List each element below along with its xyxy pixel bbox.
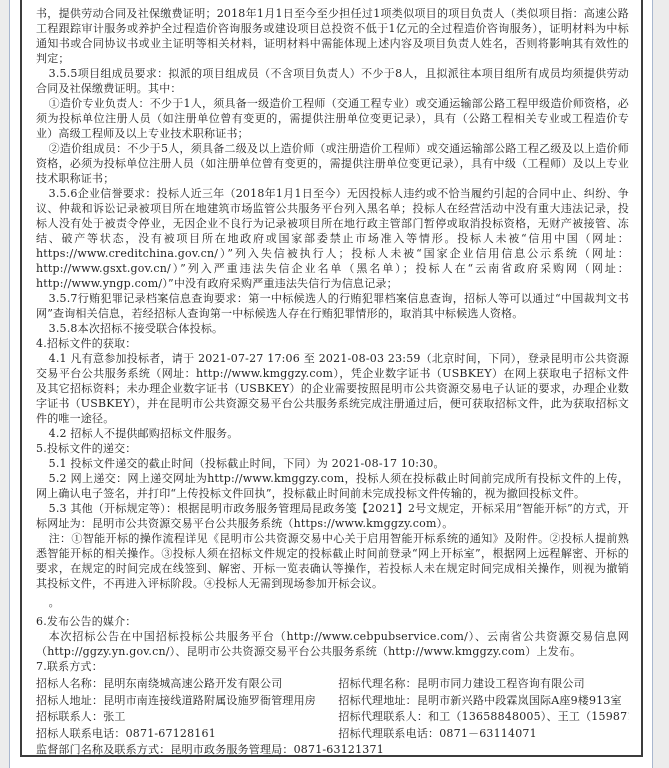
document-body: 书，提供劳动合同及社保缴费证明；2018年1月1日至今至少担任过1项类似项目的项… bbox=[36, 6, 629, 674]
paragraph: 5.投标文件的递交： bbox=[36, 441, 629, 456]
contact-line-left: 招标人名称：昆明东南绕城高速公路开发有限公司 bbox=[36, 676, 338, 693]
paragraph: ①造价专业负责人：不少于1人，须具备一级造价工程师（交通工程专业）或交通运输部公… bbox=[36, 96, 629, 141]
paragraph: 注：①智能开标的操作流程详见《昆明市公共资源交易中心关于启用智能开标系统的通知》… bbox=[36, 531, 629, 591]
paragraph: 3.5.8本次招标不接受联合体投标。 bbox=[36, 321, 629, 336]
paragraph: 3.5.7行贿犯罪记录档案信息查询要求：第一中标候选人的行贿犯罪档案信息查询，招… bbox=[36, 291, 629, 321]
paragraph: 书，提供劳动合同及社保缴费证明；2018年1月1日至今至少担任过1项类似项目的项… bbox=[36, 6, 629, 66]
paragraph: 4.2 招标人不提供邮购招标文件服务。 bbox=[36, 426, 629, 441]
paragraph: 本次招标公告在中国招标投标公共服务平台（http://www.cebpubser… bbox=[36, 629, 629, 659]
document-page: 书，提供劳动合同及社保缴费证明；2018年1月1日至今至少担任过1项类似项目的项… bbox=[9, 0, 653, 768]
contact-line-left: 招标人地址：昆明市南连接线道路附属设施罗衙管理用房 bbox=[36, 693, 338, 710]
supervision-line: 监督部门名称及联系方式：昆明市政务服务管理局：0871-63121371 bbox=[36, 742, 629, 757]
contact-line-right: 招标代理联系人：和工（13658848005）、王工（15987132440） bbox=[338, 709, 629, 726]
paragraph: 3.5.6企业信誉要求：投标人近三年（2018年1月1日至今）无因投标人违约或不… bbox=[36, 186, 629, 291]
contacts-grid: 招标人名称：昆明东南绕城高速公路开发有限公司招标代理名称：昆明市同力建设工程咨询… bbox=[36, 676, 629, 742]
contact-line-left: 招标联系人：张工 bbox=[36, 709, 338, 726]
paragraph: 5.2 网上递交：网上递交网址为http://www.kmggzy.com，投标… bbox=[36, 471, 629, 501]
paragraph: 4.招标文件的获取： bbox=[36, 336, 629, 351]
contact-line-right: 招标代理地址：昆明市新兴路中段霖岚国际A座9楼913室 bbox=[338, 693, 629, 710]
paragraph: ②造价组成员：不少于5人，须具备二级及以上造价师（或注册造价工程师）或交通运输部… bbox=[36, 141, 629, 186]
paragraph: 5.1 投标文件递交的截止时间（投标截止时间，下同）为 2021-08-17 1… bbox=[36, 456, 629, 471]
contact-line-right: 招标代理名称：昆明市同力建设工程咨询有限公司 bbox=[338, 676, 629, 693]
paragraph: 5.3 其他（开标规定等）：根据昆明市政务服务管理局昆政务笺【2021】2号文规… bbox=[36, 501, 629, 531]
contact-line-right: 招标代理联系电话：0871－63114071 bbox=[338, 726, 629, 743]
paragraph: 6.发布公告的媒介： bbox=[36, 614, 629, 629]
paragraph: 7.联系方式： bbox=[36, 659, 629, 674]
contact-line-left: 招标人联系电话：0871-67128161 bbox=[36, 726, 338, 743]
paragraph: 4.1 凡有意参加投标者，请于 2021-07-27 17:06 至 2021-… bbox=[36, 351, 629, 426]
paragraph: 3.5.5项目组成员要求：拟派的项目组成员（不含项目负责人）不少于8人，且拟派往… bbox=[36, 66, 629, 96]
document-frame: 书，提供劳动合同及社保缴费证明；2018年1月1日至今至少担任过1项类似项目的项… bbox=[20, 0, 643, 757]
paragraph: 。 bbox=[36, 595, 629, 610]
contacts-section: 招标人名称：昆明东南绕城高速公路开发有限公司招标代理名称：昆明市同力建设工程咨询… bbox=[36, 676, 629, 757]
